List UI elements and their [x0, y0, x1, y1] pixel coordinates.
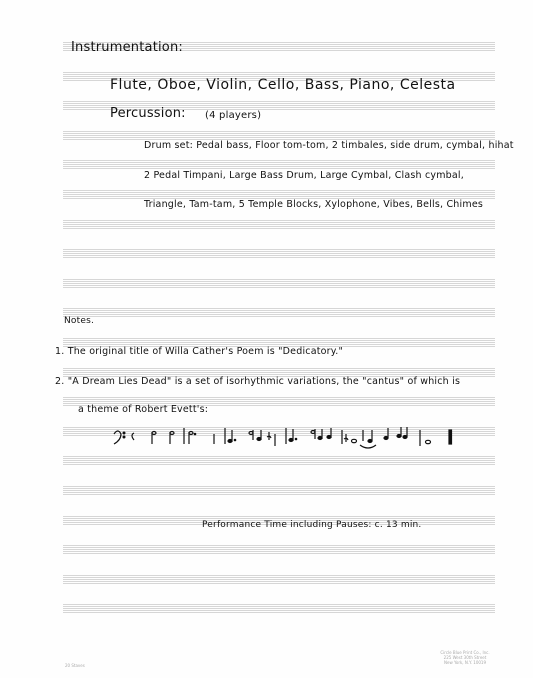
stave-count-label: 20 Staves — [65, 663, 85, 668]
note-number: 1. — [55, 346, 64, 357]
percussion-line: Triangle, Tam-tam, 5 Temple Blocks, Xylo… — [144, 199, 483, 210]
stave — [63, 220, 495, 228]
note-number: 2. — [55, 376, 64, 387]
stave — [63, 545, 495, 553]
stave — [63, 456, 495, 464]
percussion-label: Percussion: — [110, 106, 186, 121]
percussion-line: Drum set: Pedal bass, Floor tom-tom, 2 t… — [144, 140, 514, 151]
stave — [63, 131, 495, 139]
stave — [63, 338, 495, 346]
note-text: The original title of Willa Cather's Poe… — [68, 346, 343, 357]
instrument-list: Flute, Oboe, Violin, Cello, Bass, Piano,… — [110, 77, 456, 93]
notes-heading: Notes. — [64, 316, 94, 326]
performance-time: Performance Time including Pauses: c. 13… — [202, 520, 422, 530]
percussion-players: (4 players) — [205, 110, 261, 121]
cantus-theme-notation — [110, 424, 500, 450]
printer-imprint: Circle Blue Print Co., Inc. 225 West 30t… — [430, 650, 500, 665]
music-notation-icon — [110, 424, 500, 450]
stave — [63, 308, 495, 316]
stave — [63, 575, 495, 583]
manuscript-page: Instrumentation: Flute, Oboe, Violin, Ce… — [0, 0, 533, 678]
note-text: "A Dream Lies Dead" is a set of isorhyth… — [68, 376, 460, 387]
percussion-line: 2 Pedal Timpani, Large Bass Drum, Large … — [144, 170, 464, 181]
stave — [63, 249, 495, 257]
stave — [63, 190, 495, 198]
stave — [63, 368, 495, 376]
stave — [63, 160, 495, 168]
stave — [63, 279, 495, 287]
note-text: a theme of Robert Evett's: — [78, 404, 208, 415]
note-item-2-cont: a theme of Robert Evett's: — [78, 404, 208, 415]
note-item-1: 1. The original title of Willa Cather's … — [55, 346, 343, 357]
stave — [63, 604, 495, 612]
note-item-2: 2. "A Dream Lies Dead" is a set of isorh… — [55, 376, 460, 387]
stave — [63, 486, 495, 494]
instrumentation-heading: Instrumentation: — [71, 40, 183, 55]
printer-city: New York, N.Y. 10019 — [430, 660, 500, 665]
